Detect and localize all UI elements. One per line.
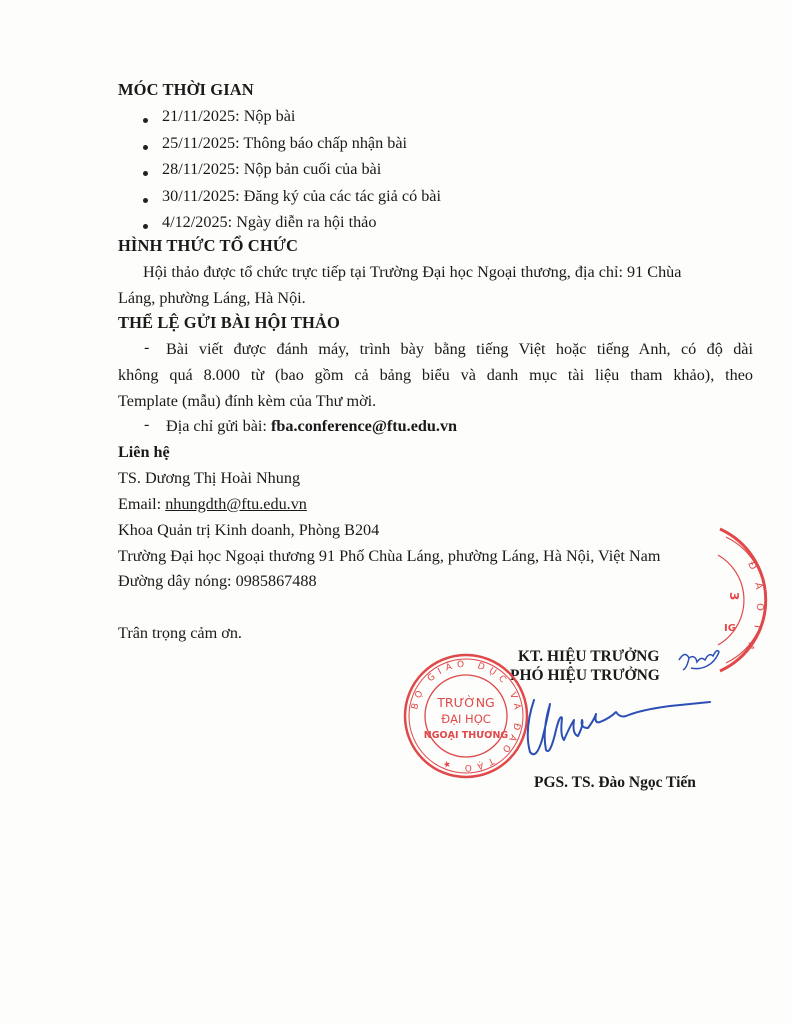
format-paragraph-line1: Hội thảo được tổ chức trực tiếp tại Trườ…: [143, 262, 681, 282]
timeline-heading: MÓC THỜI GIAN: [118, 80, 254, 100]
timeline-item-text: 4/12/2025: Ngày diễn ra hội thảo: [162, 212, 376, 232]
signer-name: PGS. TS. Đào Ngọc Tiến: [534, 773, 696, 792]
contact-email-link[interactable]: nhungdth@ftu.edu.vn: [165, 495, 307, 513]
svg-text:3: 3: [727, 592, 741, 600]
signature-title-1: KT. HIỆU TRƯỞNG: [518, 647, 659, 666]
svg-text:Đ: Đ: [745, 560, 758, 571]
dash-bullet-icon: -: [144, 416, 149, 434]
partial-stamp-icon: Đ A O T A 3 IG: [700, 525, 791, 675]
contact-address: Trường Đại học Ngoại thương 91 Phố Chùa …: [118, 546, 660, 566]
rules-heading: THỂ LỆ GỬI BÀI HỘI THẢO: [118, 313, 340, 333]
svg-text:A: A: [743, 641, 756, 652]
dash-bullet-icon: -: [144, 339, 149, 357]
svg-text:O: O: [754, 603, 765, 611]
bullet-icon: [143, 171, 148, 176]
rule1-line3: Template (mẫu) đính kèm của Thư mời.: [118, 391, 376, 411]
initial-signature-icon: [675, 640, 725, 680]
contact-hotline: Đường dây nóng: 0985867488: [118, 571, 317, 591]
document-page: MÓC THỜI GIAN 21/11/2025: Nộp bài 25/11/…: [0, 0, 791, 1024]
timeline-item-text: 21/11/2025: Nộp bài: [162, 106, 295, 126]
bullet-icon: [143, 198, 148, 203]
closing-text: Trân trọng cảm ơn.: [118, 623, 242, 643]
bullet-icon: [143, 224, 148, 229]
bullet-icon: [143, 145, 148, 150]
signature-title-2: PHÓ HIỆU TRƯỞNG: [510, 666, 660, 685]
contact-heading: Liên hệ: [118, 442, 170, 462]
timeline-item-text: 30/11/2025: Đăng ký của các tác giả có b…: [162, 186, 441, 206]
svg-text:ĐẠI HỌC: ĐẠI HỌC: [441, 712, 491, 726]
contact-name: TS. Dương Thị Hoài Nhung: [118, 468, 300, 488]
contact-email-line: Email: nhungdth@ftu.edu.vn: [118, 494, 307, 514]
svg-text:BỘ GIÁO DỤC VÀ ĐÀO TẠO ★: BỘ GIÁO DỤC VÀ ĐÀO TẠO ★: [410, 659, 524, 772]
svg-text:NGOẠI THƯƠNG: NGOẠI THƯƠNG: [424, 730, 509, 741]
format-paragraph-line2: Láng, phường Láng, Hà Nội.: [118, 288, 306, 308]
rule1-line2: không quá 8.000 từ (bao gồm cả bảng biểu…: [118, 365, 753, 385]
bullet-icon: [143, 118, 148, 123]
timeline-item-text: 25/11/2025: Thông báo chấp nhận bài: [162, 133, 407, 153]
contact-department: Khoa Quản trị Kinh doanh, Phòng B204: [118, 520, 379, 540]
submission-email-link[interactable]: fba.conference@ftu.edu.vn: [271, 417, 457, 435]
submission-address-label: Địa chỉ gửi bài:: [166, 417, 271, 435]
timeline-item-text: 28/11/2025: Nộp bản cuối của bài: [162, 159, 381, 179]
rule1-line1: Bài viết được đánh máy, trình bày bằng t…: [166, 339, 753, 359]
svg-text:T: T: [751, 621, 763, 631]
svg-text:TRƯỜNG: TRƯỜNG: [436, 695, 495, 710]
submission-address: Địa chỉ gửi bài: fba.conference@ftu.edu.…: [166, 416, 457, 436]
format-heading: HÌNH THỨC TỔ CHỨC: [118, 236, 298, 256]
main-signature-icon: [520, 690, 720, 770]
contact-email-label: Email:: [118, 495, 165, 513]
svg-text:IG: IG: [724, 623, 736, 634]
svg-text:A: A: [752, 582, 764, 591]
